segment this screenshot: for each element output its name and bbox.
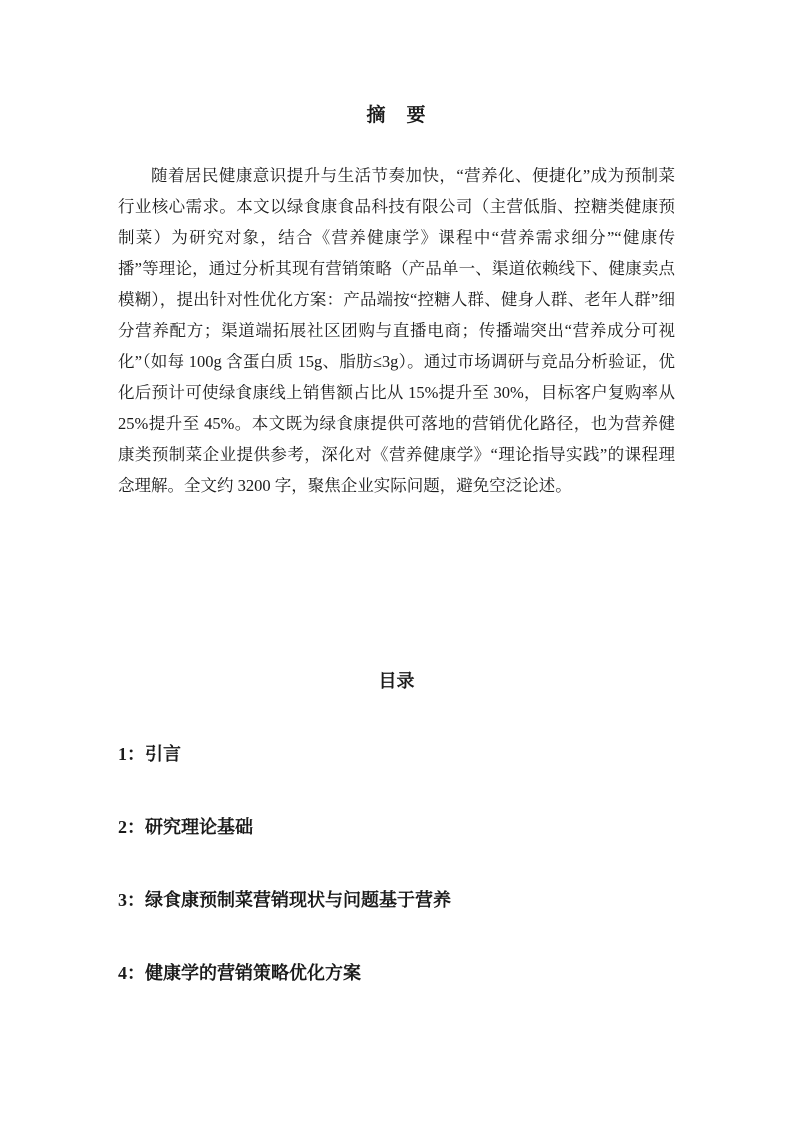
- toc-item-theoretical-basis: 2：研究理论基础: [118, 815, 675, 839]
- toc-title: 目录: [118, 669, 675, 693]
- toc-item-optimization-plan: 4：健康学的营销策略优化方案: [118, 961, 675, 985]
- abstract-title: 摘 要: [118, 102, 675, 130]
- abstract-body-paragraph: 随着居民健康意识提升与生活节奏加快，“营养化、便捷化”成为预制菜行业核心需求。本…: [118, 160, 675, 501]
- toc-item-marketing-status: 3：绿食康预制菜营销现状与问题基于营养: [118, 888, 675, 912]
- abstract-section: 摘 要 随着居民健康意识提升与生活节奏加快，“营养化、便捷化”成为预制菜行业核心…: [118, 102, 675, 501]
- toc-item-introduction: 1：引言: [118, 742, 675, 766]
- toc-section: 目录 1：引言 2：研究理论基础 3：绿食康预制菜营销现状与问题基于营养 4：健…: [118, 669, 675, 985]
- document-page: 摘 要 随着居民健康意识提升与生活节奏加快，“营养化、便捷化”成为预制菜行业核心…: [0, 0, 793, 1122]
- toc-items-list: 1：引言 2：研究理论基础 3：绿食康预制菜营销现状与问题基于营养 4：健康学的…: [118, 742, 675, 985]
